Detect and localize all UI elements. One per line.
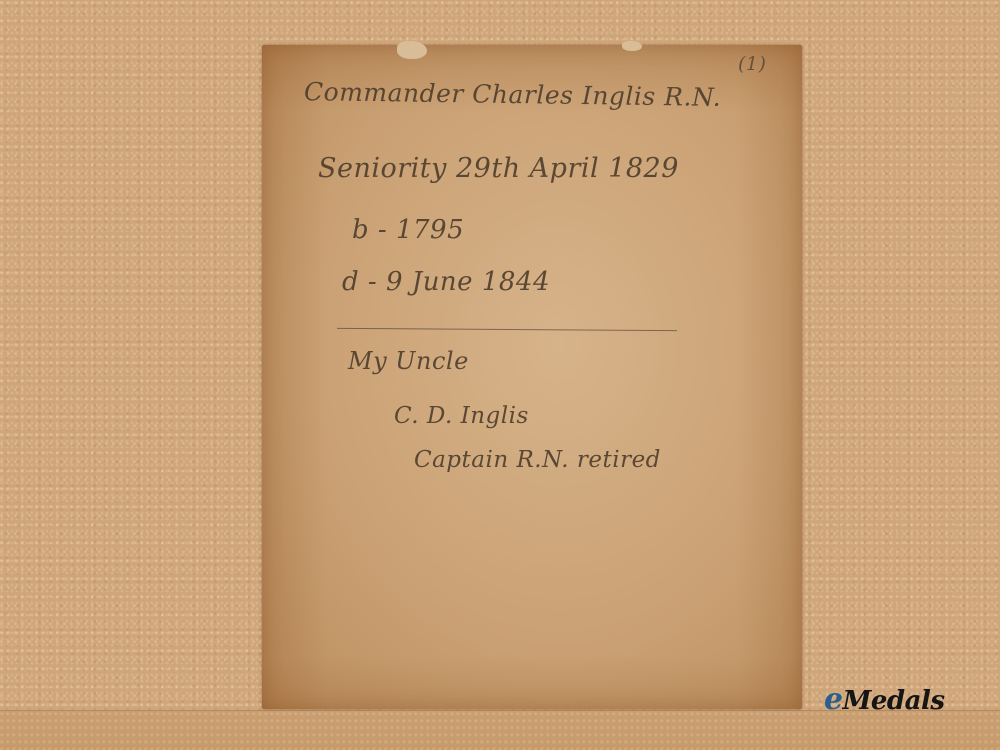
note-line-seniority: Seniority 29th April 1829	[318, 153, 679, 184]
paper-tear	[397, 41, 427, 59]
watermark-brand: Medals	[843, 686, 945, 716]
note-line-relation: My Uncle	[348, 347, 469, 375]
note-line-rank: Captain R.N. retired	[414, 447, 661, 473]
note-line-died: d - 9 June 1844	[342, 267, 550, 297]
handwritten-note: (1) Commander Charles Inglis R.N. Senior…	[262, 45, 802, 709]
note-line-title: Commander Charles Inglis R.N.	[304, 77, 722, 112]
emedals-watermark: eMedals	[824, 682, 944, 717]
page-marker: (1)	[738, 53, 766, 75]
watermark-prefix: e	[824, 682, 843, 717]
note-line-name: C. D. Inglis	[394, 403, 529, 429]
divider-line	[337, 328, 677, 331]
note-line-born: b - 1795	[352, 215, 464, 245]
paper-tear	[622, 41, 642, 51]
